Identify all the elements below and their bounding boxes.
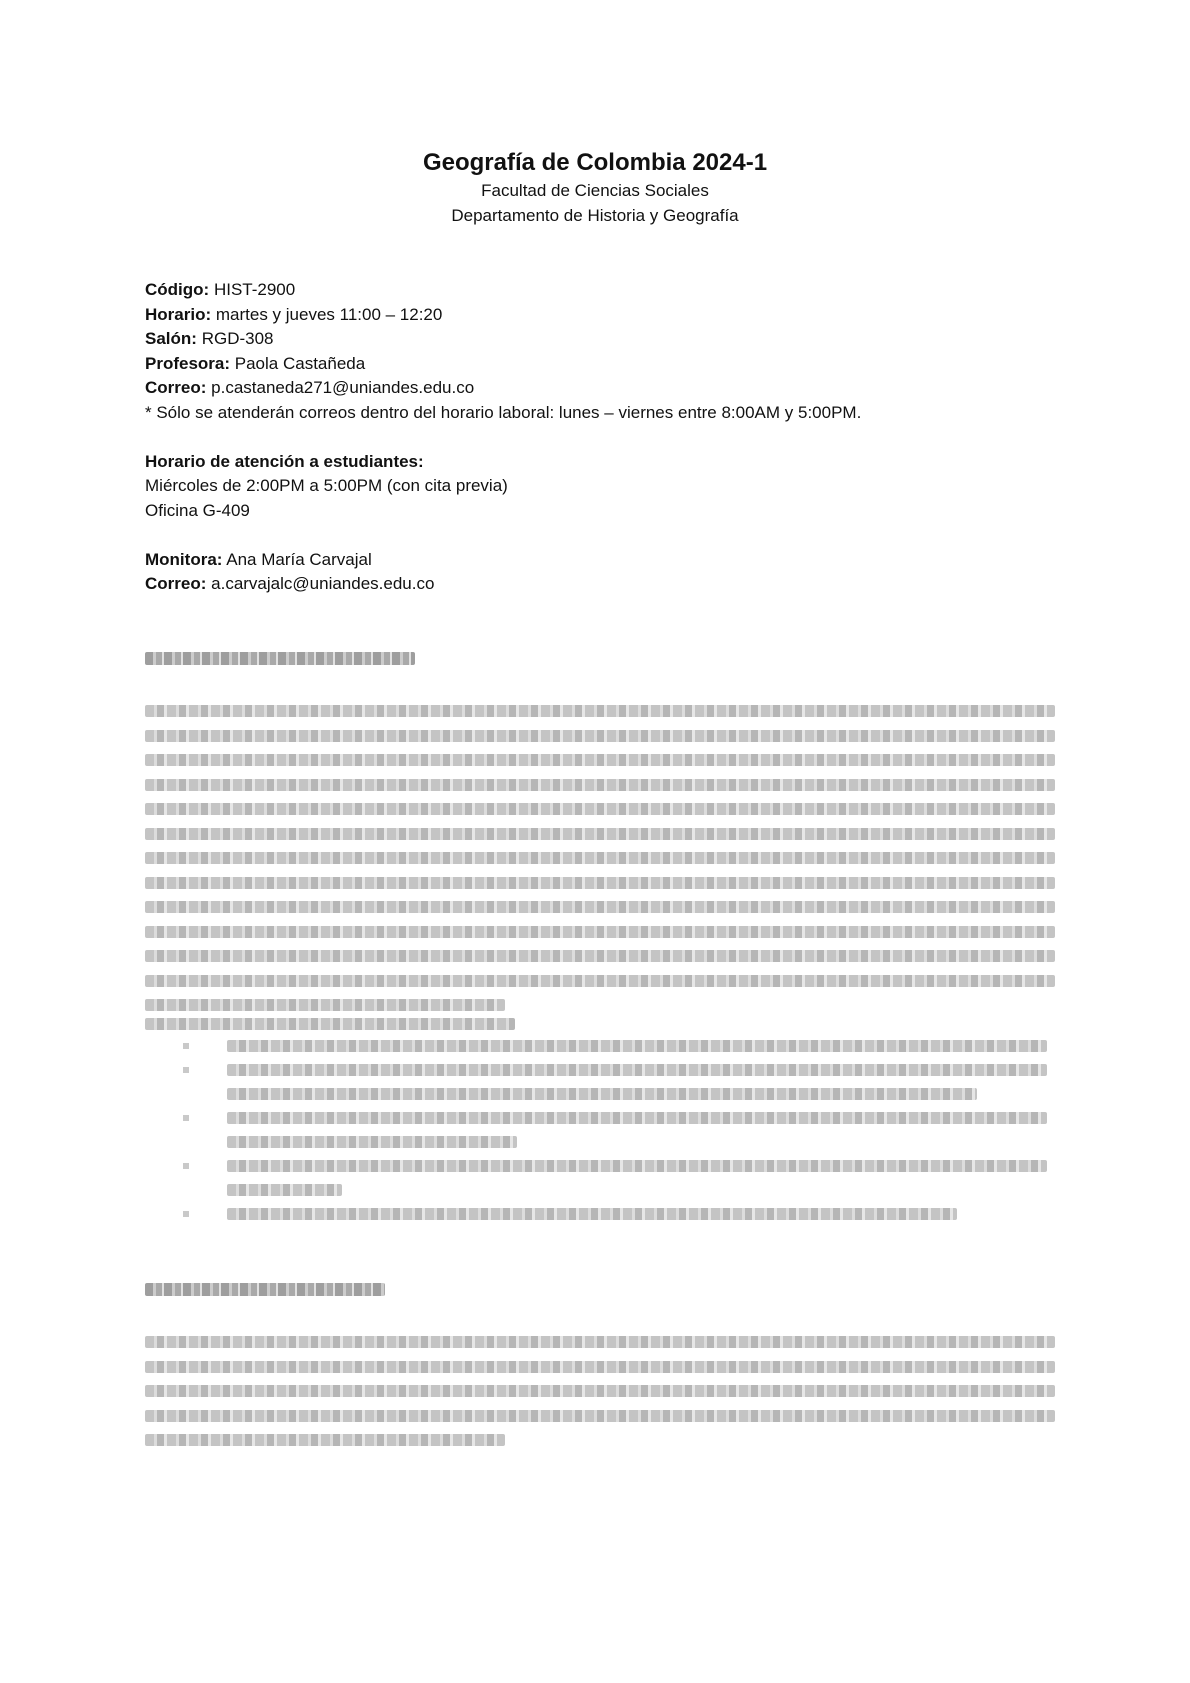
redacted-description-section xyxy=(145,652,1055,665)
professor-email-link[interactable]: p.castaneda271@uniandes.edu.co xyxy=(211,378,474,397)
redacted-text-line xyxy=(145,730,1055,742)
redacted-text-line xyxy=(145,828,1055,840)
list-item xyxy=(145,1064,1055,1100)
redacted-text-line xyxy=(145,1434,505,1446)
list-item xyxy=(145,1160,1055,1196)
office-location: Oficina G-409 xyxy=(145,499,861,524)
redacted-heading xyxy=(145,652,415,665)
course-code: Código: HIST-2900 xyxy=(145,278,861,303)
department-name: Departamento de Historia y Geografía xyxy=(0,203,1190,228)
office-hours-time: Miércoles de 2:00PM a 5:00PM (con cita p… xyxy=(145,474,861,499)
redacted-text-line xyxy=(145,1361,1055,1373)
redacted-text-line xyxy=(145,901,1055,913)
monitor-email-link[interactable]: a.carvajalc@uniandes.edu.co xyxy=(211,574,434,593)
redacted-text-line xyxy=(145,803,1055,815)
redacted-text-line xyxy=(145,950,1055,962)
redacted-text-line xyxy=(145,877,1055,889)
redacted-objectives-list xyxy=(145,1040,1055,1220)
faculty-name: Facultad de Ciencias Sociales xyxy=(0,178,1190,203)
bullet-icon xyxy=(183,1067,189,1073)
redacted-heading xyxy=(145,1283,385,1296)
course-info: Código: HIST-2900 Horario: martes y juev… xyxy=(145,278,861,597)
bullet-icon xyxy=(183,1163,189,1169)
redacted-text-line xyxy=(145,926,1055,938)
course-schedule: Horario: martes y jueves 11:00 – 12:20 xyxy=(145,303,861,328)
bullet-icon xyxy=(183,1115,189,1121)
monitor-email: Correo: a.carvajalc@uniandes.edu.co xyxy=(145,572,861,597)
redacted-text-line xyxy=(145,779,1055,791)
redacted-text-line xyxy=(145,754,1055,766)
monitor-name: Monitora: Ana María Carvajal xyxy=(145,548,861,573)
redacted-text-line xyxy=(145,1410,1055,1422)
bullet-icon xyxy=(183,1211,189,1217)
document-page: Geografía de Colombia 2024-1 Facultad de… xyxy=(0,0,1190,1683)
redacted-text-line xyxy=(145,1385,1055,1397)
professor-email: Correo: p.castaneda271@uniandes.edu.co xyxy=(145,376,861,401)
email-note: * Sólo se atenderán correos dentro del h… xyxy=(145,401,861,426)
redacted-text-line xyxy=(145,1336,1055,1348)
redacted-text-line xyxy=(145,852,1055,864)
redacted-text-line xyxy=(145,975,1055,987)
redacted-objectives-intro xyxy=(145,1018,1055,1030)
redacted-methodology-section xyxy=(145,1283,1055,1296)
list-item xyxy=(145,1208,1055,1220)
document-header: Geografía de Colombia 2024-1 Facultad de… xyxy=(0,148,1190,228)
list-item xyxy=(145,1112,1055,1148)
document-title: Geografía de Colombia 2024-1 xyxy=(0,148,1190,178)
list-item xyxy=(145,1040,1055,1052)
bullet-icon xyxy=(183,1043,189,1049)
redacted-description-paragraph xyxy=(145,705,1055,1024)
redacted-text-line xyxy=(145,705,1055,717)
course-room: Salón: RGD-308 xyxy=(145,327,861,352)
redacted-methodology-paragraph xyxy=(145,1336,1055,1459)
course-professor: Profesora: Paola Castañeda xyxy=(145,352,861,377)
redacted-text-line xyxy=(145,999,505,1011)
office-hours-heading: Horario de atención a estudiantes: xyxy=(145,450,861,475)
